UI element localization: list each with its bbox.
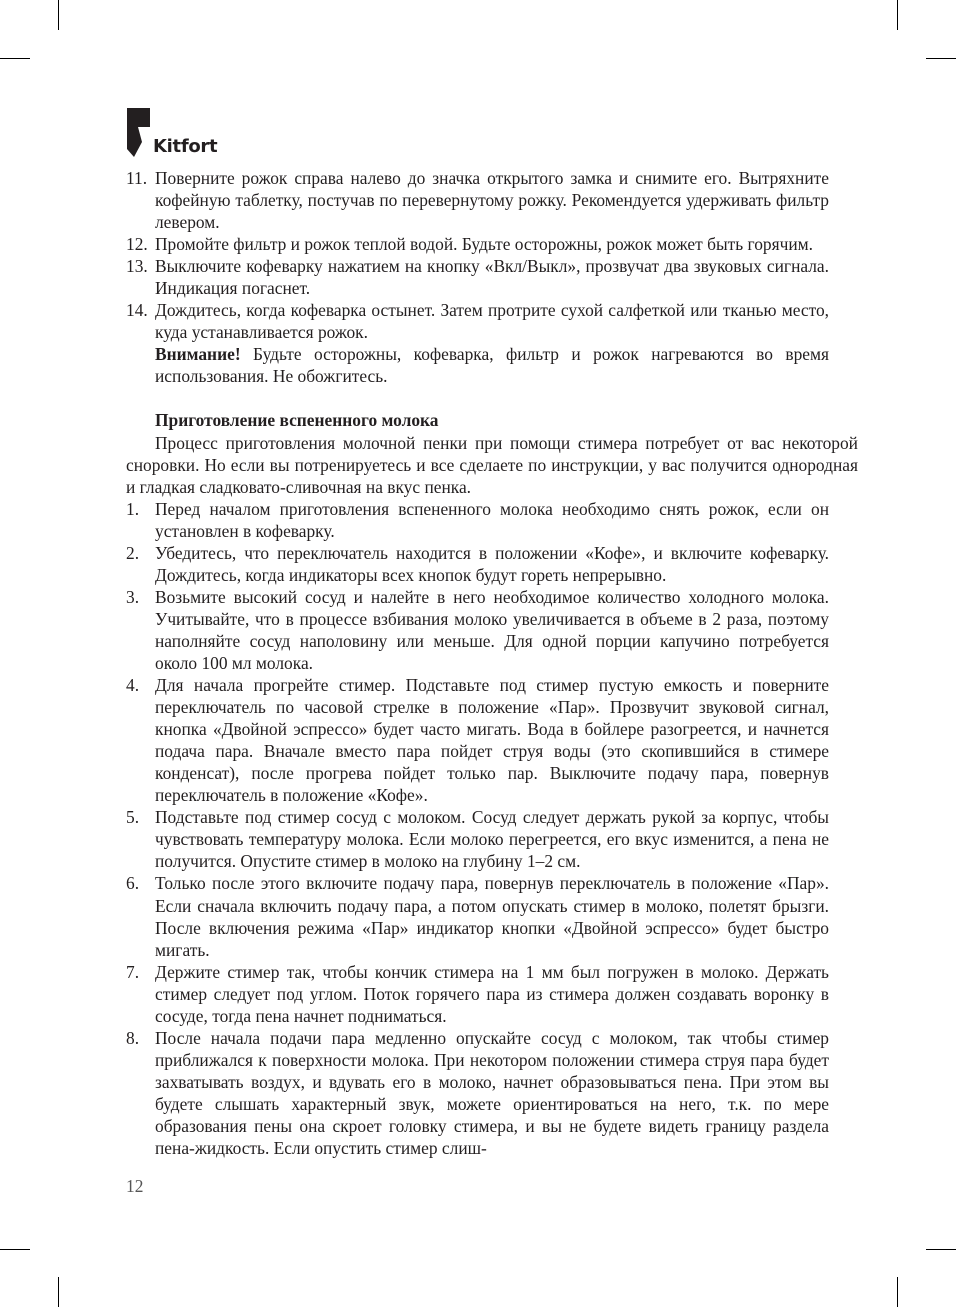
crop-mark [897,1277,898,1307]
list-item: 2. Убедитесь, что переключатель находитс… [126,542,829,586]
item-number: 4. [126,674,139,696]
item-number: 3. [126,586,139,608]
item-text: Держите стимер так, чтобы кончик стимера… [155,962,829,1026]
item-text: Подставьте под стимер сосуд с молоком. С… [155,807,829,871]
document-body: 11. Поверните рожок справа налево до зна… [126,167,829,1159]
item-text: Дождитесь, когда кофеварка остынет. Зате… [155,300,829,342]
list-item: 14. Дождитесь, когда кофеварка остынет. … [126,299,829,343]
item-text: Только после этого включите подачу пара,… [155,873,829,959]
crop-mark [926,58,956,59]
item-number: 2. [126,542,139,564]
list-item: 7. Держите стимер так, чтобы кончик стим… [126,961,829,1027]
list-item: 13. Выключите кофеварку нажатием на кноп… [126,255,829,299]
item-number: 12. [126,233,148,255]
item-text: Возьмите высокий сосуд и налейте в него … [155,587,829,673]
item-text: После начала подачи пара медленно опуска… [155,1028,829,1158]
section-heading: Приготовление вспененного молока [126,409,829,431]
item-text: Выключите кофеварку нажатием на кнопку «… [155,256,829,298]
warning-note: Внимание! Будьте осторожны, кофеварка, ф… [126,343,829,387]
item-number: 5. [126,806,139,828]
crop-mark [58,1277,59,1307]
brand-name: Kitfort [153,136,217,157]
item-number: 14. [126,299,148,321]
section-intro: Процесс приготовления молочной пенки при… [126,432,858,498]
item-text: Поверните рожок справа налево до значка … [155,168,829,232]
crop-mark [0,1249,30,1250]
item-number: 13. [126,255,148,277]
list-item: 1. Перед началом приготовления вспененно… [126,498,829,542]
warning-text: Будьте осторожны, кофеварка, фильтр и ро… [155,344,829,386]
item-text: Для начала прогрейте стимер. Подставьте … [155,675,829,805]
item-number: 1. [126,498,139,520]
list-item: 3. Возьмите высокий сосуд и налейте в не… [126,586,829,674]
list-item: 8. После начала подачи пара медленно опу… [126,1027,829,1159]
warning-label: Внимание! [155,344,241,364]
item-text: Перед началом приготовления вспененного … [155,499,829,541]
page-number: 12 [126,1176,143,1197]
list-item: 6. Только после этого включите подачу па… [126,872,829,960]
list-item: 12. Промойте фильтр и рожок теплой водой… [126,233,829,255]
crop-mark [897,0,898,30]
item-text: Промойте фильтр и рожок теплой водой. Бу… [155,234,813,254]
item-number: 7. [126,961,139,983]
item-number: 6. [126,872,139,894]
list-item: 4. Для начала прогрейте стимер. Подставь… [126,674,829,806]
list-item: 5. Подставьте под стимер сосуд с молоком… [126,806,829,872]
crop-mark [0,58,30,59]
list-item: 11. Поверните рожок справа налево до зна… [126,167,829,233]
item-number: 11. [126,167,147,189]
crop-mark [58,0,59,30]
crop-mark [926,1249,956,1250]
item-number: 8. [126,1027,139,1049]
item-text: Убедитесь, что переключатель находится в… [155,543,829,585]
